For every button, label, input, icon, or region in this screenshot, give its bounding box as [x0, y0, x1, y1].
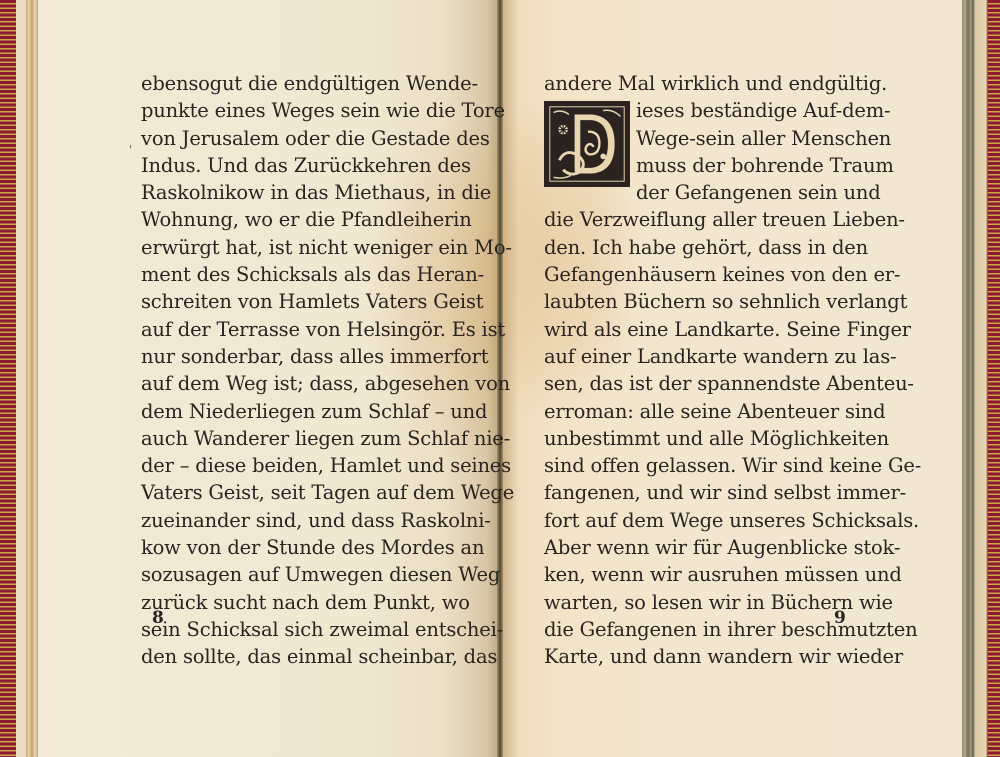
- text-line: sozusagen auf Umwegen diesen Weg: [141, 561, 463, 588]
- text-line: auch Wanderer liegen zum Schlaf nie-: [141, 425, 463, 452]
- page-number-right: 9: [834, 608, 846, 628]
- text-line: den. Ich habe gehört, dass in den: [544, 234, 866, 261]
- text-line: Wohnung, wo er die Pfandleiherin: [141, 206, 463, 233]
- text-line: zueinander sind, und dass Raskolni-: [141, 507, 463, 534]
- text-line: Vaters Geist, seit Tagen auf dem Wege: [141, 479, 463, 506]
- text-line: Raskolnikow in das Miethaus, in die: [141, 179, 463, 206]
- page-number-left: 8: [152, 608, 164, 628]
- text-line: ebensogut die endgültigen Wende-: [141, 70, 463, 97]
- book-binding-right: [988, 0, 1000, 757]
- margin-mark: ': [129, 143, 132, 157]
- text-line: fangenen, und wir sind selbst immer-: [544, 479, 866, 506]
- text-line: ment des Schicksals als das Heran-: [141, 261, 463, 288]
- text-line: zurück sucht nach dem Punkt, wo: [141, 589, 463, 616]
- text-line: der – diese beiden, Hamlet und seines: [141, 452, 463, 479]
- text-line: sind offen gelassen. Wir sind keine Ge-: [544, 452, 866, 479]
- text-line: ken, wenn wir ausruhen müssen und: [544, 561, 866, 588]
- text-line: Karte, und dann wandern wir wieder: [544, 643, 866, 670]
- text-line: nur sonderbar, dass alles immerfort: [141, 343, 463, 370]
- text-line: Indus. Und das Zurückkehren des: [141, 152, 463, 179]
- page-edges-left: [16, 0, 40, 757]
- text-line: die Verzweiflung aller treuen Lieben-: [544, 206, 866, 233]
- text-line: laubten Büchern so sehnlich verlangt: [544, 288, 866, 315]
- text-line: sein Schicksal sich zweimal entschei-: [141, 616, 463, 643]
- text-line: sen, das ist der spannendste Abenteu-: [544, 370, 866, 397]
- text-line: kow von der Stunde des Mordes an: [141, 534, 463, 561]
- text-line: auf dem Weg ist; dass, abgesehen von: [141, 370, 463, 397]
- text-line: warten, so lesen wir in Büchern wie: [544, 589, 866, 616]
- right-page-text: andere Mal wirklich und endgültig. ieses…: [544, 70, 866, 671]
- drop-cap-ornament: [544, 101, 630, 187]
- book-binding-left: [0, 0, 16, 757]
- text-line: wird als eine Landkarte. Seine Finger: [544, 316, 866, 343]
- left-page-text: ebensogut die endgültigen Wende- punkte …: [141, 70, 463, 671]
- text-line: erroman: alle seine Abenteuer sind: [544, 398, 866, 425]
- text-line: den sollte, das einmal scheinbar, das: [141, 643, 463, 670]
- text-line: punkte eines Weges sein wie die Tore: [141, 97, 463, 124]
- text-line: von Jerusalem oder die Gestade des: [141, 125, 463, 152]
- text-line: Aber wenn wir für Augenblicke stok-: [544, 534, 866, 561]
- ornamental-letter-d-icon: [546, 103, 628, 185]
- text-line: dem Niederliegen zum Schlaf – und: [141, 398, 463, 425]
- text-line: die Gefangenen in ihrer beschmutzten: [544, 616, 866, 643]
- text-line: fort auf dem Wege unseres Schicksals.: [544, 507, 866, 534]
- text-line: unbestimmt und alle Möglichkeiten: [544, 425, 866, 452]
- page-edges-right: [962, 0, 988, 757]
- text-line: Gefangenhäusern keines von den er-: [544, 261, 866, 288]
- text-line: andere Mal wirklich und endgültig.: [544, 70, 866, 97]
- text-line: schreiten von Hamlets Vaters Geist: [141, 288, 463, 315]
- text-line: auf der Terrasse von Helsingör. Es ist: [141, 316, 463, 343]
- text-line: auf einer Landkarte wandern zu las-: [544, 343, 866, 370]
- text-line: erwürgt hat, ist nicht weniger ein Mo-: [141, 234, 463, 261]
